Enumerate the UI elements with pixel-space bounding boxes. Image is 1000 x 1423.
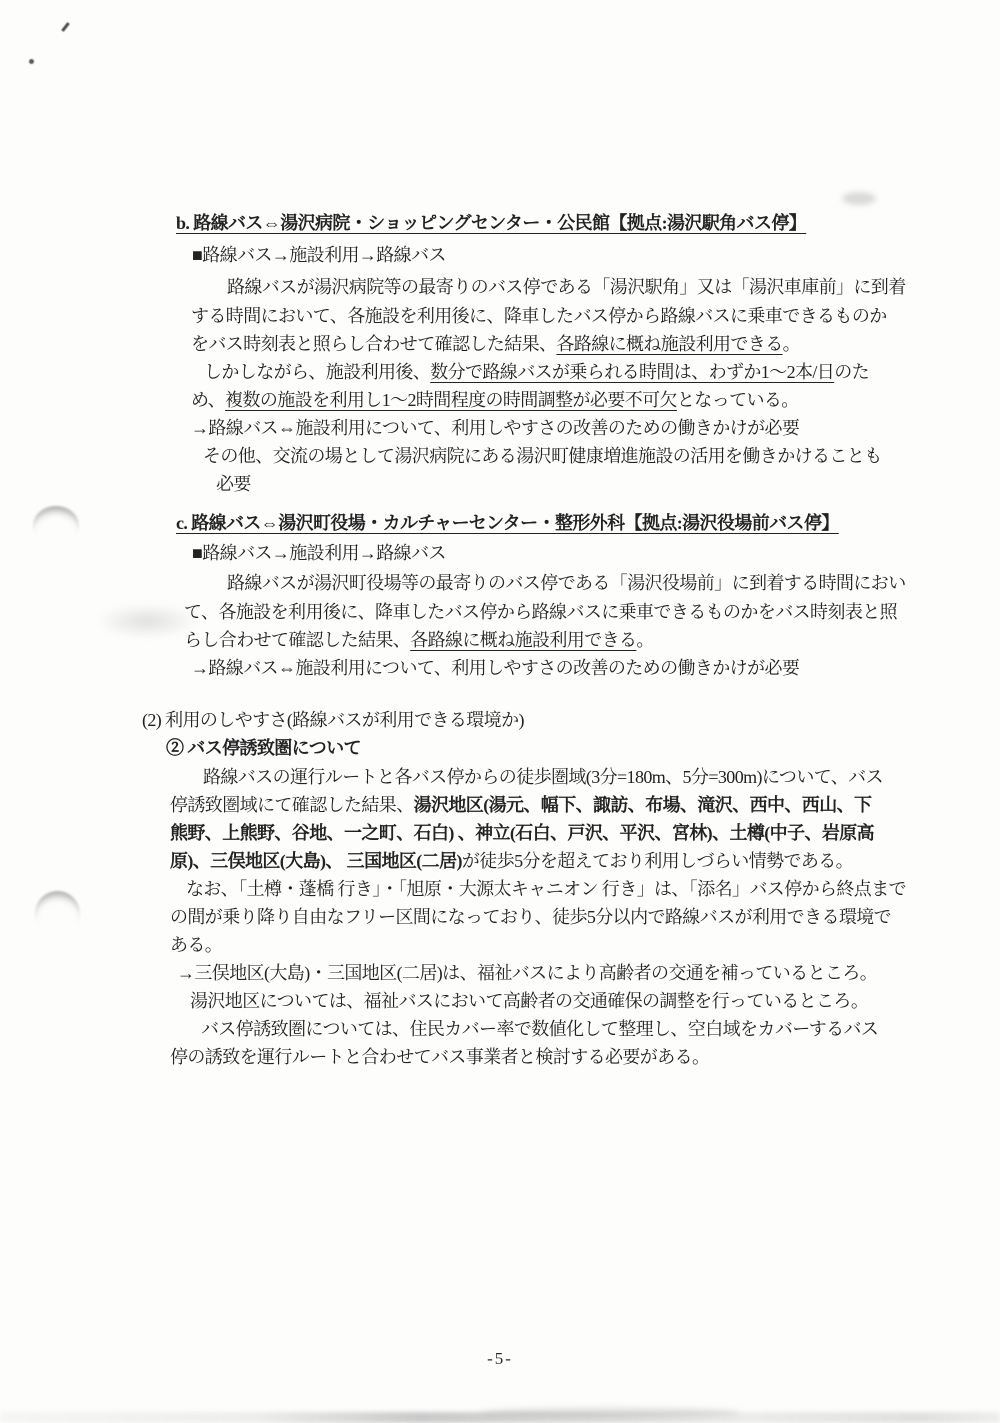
text-segment: 各路線に概ね施設利用できる — [410, 630, 636, 650]
section-b-line-2: する時間において、各施設を利用後に、降車したバス停から路線バスに乗車できるものか — [191, 304, 887, 328]
text-segment: ある。 — [170, 935, 222, 955]
text-segment: 数分で路線バスが乗られる時間は、わずか1〜2本/日 — [430, 362, 834, 382]
text-segment: 路線バスの運行ルートと各バス停からの徒歩圏域(3分=180m、5分=300m)に… — [203, 767, 883, 787]
section-b-line-1: 路線バスが湯沢病院等の最寄りのバス停である「湯沢駅角」又は「湯沢車庫前」に到着 — [227, 275, 906, 299]
text-segment: 複数の施設を利用し1〜2時間程度の時間調整が必要不可欠 — [225, 390, 677, 410]
text-segment: ■路線バス→施設利用→路線バス — [192, 543, 446, 563]
section-b-line-4: しかしながら、施設利用後、数分で路線バスが乗られる時間は、わずか1〜2本/日のた — [204, 360, 869, 384]
scan-smudge-topright — [842, 192, 876, 205]
text-segment: のた — [834, 362, 869, 382]
text-segment: →三俣地区(大島)・三国地区(二居)は、福祉バスにより高齢者の交通を補っていると… — [177, 963, 877, 983]
text-segment: が徒歩5分を超えており利用しづらい情勢である。 — [462, 851, 853, 871]
text-segment: 湯沢地区については、福祉バスにおいて高齢者の交通確保の調整を行っているところ。 — [190, 991, 868, 1011]
text-segment: ② バス停誘致圏について — [166, 738, 361, 758]
bottom-scan-smudge — [480, 1407, 740, 1417]
hole-punch-bottom — [35, 891, 80, 937]
section-c-line-1: 路線バスが湯沢町役場等の最寄りのバス停である「湯沢役場前」に到着する時間におい — [227, 571, 906, 595]
section-2-line-1: 路線バスの運行ルートと各バス停からの徒歩圏域(3分=180m、5分=300m)に… — [203, 765, 883, 789]
text-segment: しかしながら、施設利用後、 — [204, 362, 430, 382]
section-2-line-4: 原)、三俣地区(大島)、 三国地区(二居)が徒歩5分を超えており利用しづらい情勢… — [170, 849, 853, 873]
section-c-line-2: て、各施設を利用後に、降車したバス停から路線バスに乗車できるものかをバス時刻表と… — [184, 600, 897, 624]
section-b-line-8: 必要 — [216, 472, 251, 496]
hole-punch-top — [33, 506, 79, 546]
section-c-line-4: →路線バス⇔施設利用について、利用しやすさの改善のための働きかけが必要 — [191, 656, 799, 680]
section-b-heading: b. 路線バス⇔湯沢病院・ショッピングセンター・公民館【拠点:湯沢駅角バス停】 — [176, 211, 806, 235]
section-b-line-7: その他、交流の場として湯沢病院にある湯沢町健康増進施設の活用を働きかけることも — [203, 444, 882, 468]
text-segment: の間が乗り降り自由なフリー区間になっており、徒歩5分以内で路線バスが利用できる環… — [170, 907, 891, 927]
text-segment: バス停誘致圏については、住民カバー率で数値化して整理し、空白域をカバーするバス — [201, 1019, 878, 1039]
section-2-line-2: 停誘致圏域にて確認した結果、湯沢地区(湯元、幅下、諏訪、布場、滝沢、西中、西山、… — [170, 793, 871, 817]
text-segment: 。 — [783, 334, 800, 354]
section-b-line-6: →路線バス⇔施設利用について、利用しやすさの改善のための働きかけが必要 — [191, 416, 799, 440]
text-segment: て、各施設を利用後に、降車したバス停から路線バスに乗車できるものかをバス時刻表と… — [184, 602, 897, 622]
text-segment: め、 — [191, 390, 225, 410]
text-segment: 。 — [636, 630, 653, 650]
text-segment: 各路線に概ね施設利用できる — [556, 334, 782, 354]
section-2-line-10: バス停誘致圏については、住民カバー率で数値化して整理し、空白域をカバーするバス — [201, 1017, 878, 1041]
text-segment: なお、「土樽・蓬橋 行き」・「旭原・大源太キャニオン 行き」は、「添名」バス停か… — [186, 879, 906, 899]
text-segment: その他、交流の場として湯沢病院にある湯沢町健康増進施設の活用を働きかけることも — [203, 446, 882, 466]
section-2-line-6: の間が乗り降り自由なフリー区間になっており、徒歩5分以内で路線バスが利用できる環… — [170, 905, 891, 929]
text-segment: →路線バス⇔施設利用について、利用しやすさの改善のための働きかけが必要 — [191, 658, 799, 678]
text-segment: c. 路線バス⇔湯沢町役場・カルチャーセンター・整形外科【拠点:湯沢役場前バス停… — [176, 513, 839, 533]
text-segment: をバス時刻表と照らし合わせて確認した結果、 — [191, 334, 556, 354]
text-segment: 湯沢地区(湯元、幅下、諏訪、布場、滝沢、西中、西山、下 — [414, 795, 872, 815]
page-number: -5- — [0, 1349, 1000, 1369]
section-2-heading: (2) 利用のしやすさ(路線バスが利用できる環境か) — [142, 708, 524, 732]
text-segment: 停誘致圏域にて確認した結果、 — [170, 795, 414, 815]
scan-speck-dot — [29, 59, 34, 64]
text-segment: →路線バス⇔施設利用について、利用しやすさの改善のための働きかけが必要 — [191, 418, 799, 438]
text-segment: (2) 利用のしやすさ(路線バスが利用できる環境か) — [142, 710, 524, 730]
text-segment: 熊野、上熊野、谷地、一之町、石白) 、神立(石白、戸沢、平沢、宮林)、土樽(中子… — [170, 823, 874, 843]
section-c-subheading: ■路線バス→施設利用→路線バス — [192, 541, 446, 565]
text-segment: ■路線バス→施設利用→路線バス — [192, 245, 446, 265]
section-2-line-8: →三俣地区(大島)・三国地区(二居)は、福祉バスにより高齢者の交通を補っていると… — [177, 961, 877, 985]
text-segment: となっている。 — [677, 390, 799, 410]
section-b-line-5: め、複数の施設を利用し1〜2時間程度の時間調整が必要不可欠となっている。 — [191, 388, 799, 412]
text-segment: 路線バスが湯沢町役場等の最寄りのバス停である「湯沢役場前」に到着する時間におい — [227, 573, 906, 593]
section-2-line-3: 熊野、上熊野、谷地、一之町、石白) 、神立(石白、戸沢、平沢、宮林)、土樽(中子… — [170, 821, 874, 845]
text-segment: らし合わせて確認した結果、 — [184, 630, 410, 650]
section-2-subheading: ② バス停誘致圏について — [166, 736, 361, 760]
section-b-line-3: をバス時刻表と照らし合わせて確認した結果、各路線に概ね施設利用できる。 — [191, 332, 800, 356]
text-segment: 原)、三俣地区(大島)、 三国地区(二居) — [170, 851, 462, 871]
section-2-line-11: 停の誘致を運行ルートと合わせてバス事業者と検討する必要がある。 — [170, 1045, 709, 1069]
text-segment: 路線バスが湯沢病院等の最寄りのバス停である「湯沢駅角」又は「湯沢車庫前」に到着 — [227, 277, 906, 297]
section-b-subheading: ■路線バス→施設利用→路線バス — [192, 243, 446, 267]
text-segment: する時間において、各施設を利用後に、降車したバス停から路線バスに乗車できるものか — [191, 306, 887, 326]
section-2-line-7: ある。 — [170, 933, 222, 957]
section-2-line-9: 湯沢地区については、福祉バスにおいて高齢者の交通確保の調整を行っているところ。 — [190, 989, 868, 1013]
section-c-line-3: らし合わせて確認した結果、各路線に概ね施設利用できる。 — [184, 628, 654, 652]
text-segment: 必要 — [216, 474, 251, 494]
text-segment: b. 路線バス⇔湯沢病院・ショッピングセンター・公民館【拠点:湯沢駅角バス停】 — [176, 213, 806, 233]
section-c-heading: c. 路線バス⇔湯沢町役場・カルチャーセンター・整形外科【拠点:湯沢役場前バス停… — [176, 511, 839, 535]
section-2-line-5: なお、「土樽・蓬橋 行き」・「旭原・大源太キャニオン 行き」は、「添名」バス停か… — [186, 877, 906, 901]
scan-speck-slash — [61, 22, 70, 32]
text-segment: 停の誘致を運行ルートと合わせてバス事業者と検討する必要がある。 — [170, 1047, 709, 1067]
scanned-document-page: b. 路線バス⇔湯沢病院・ショッピングセンター・公民館【拠点:湯沢駅角バス停】 … — [0, 0, 1000, 1423]
